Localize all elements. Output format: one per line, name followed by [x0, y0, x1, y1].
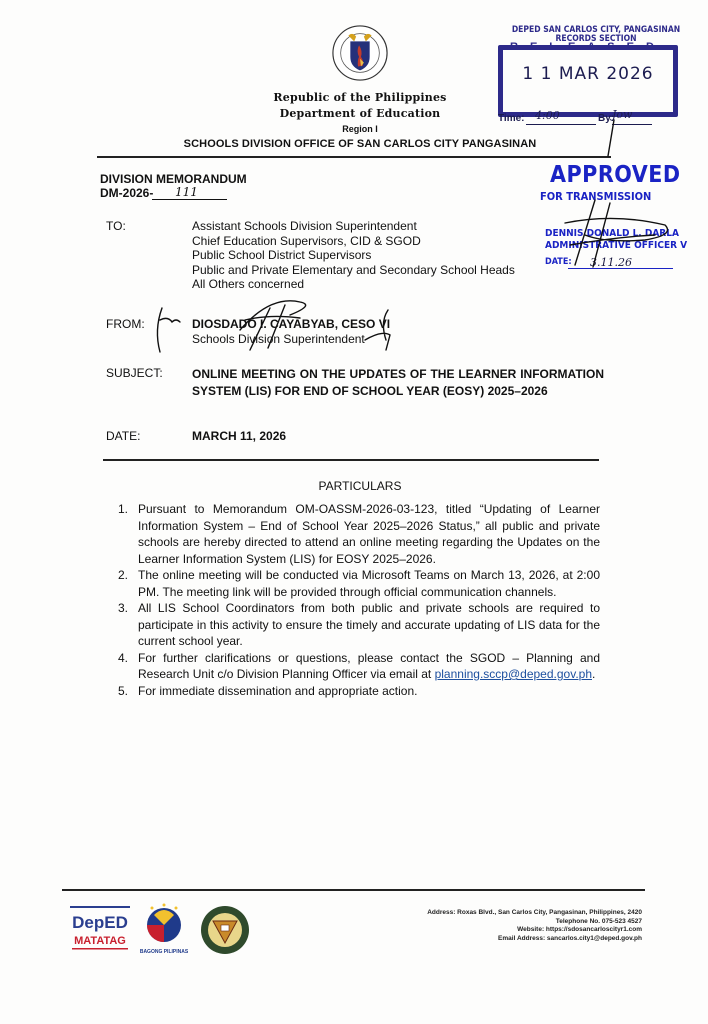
list-item: 2.The online meeting will be conducted v… — [118, 567, 600, 600]
header-divider — [97, 156, 611, 158]
memo-number-line — [152, 199, 227, 200]
item-number: 3. — [118, 600, 128, 617]
item-text: Pursuant to Memorandum OM-OASSM-2026-03-… — [138, 502, 600, 566]
division-seal-logo — [200, 905, 250, 955]
item-number: 5. — [118, 683, 128, 700]
item-number: 1. — [118, 501, 128, 518]
memo-type: DIVISION MEMORANDUM — [100, 172, 247, 186]
republic-heading: Republic of the Philippines — [260, 91, 460, 104]
body-divider — [103, 459, 599, 461]
recipient: Chief Education Supervisors, CID & SGOD — [192, 234, 515, 249]
date-label: DATE: — [106, 429, 140, 443]
to-label: TO: — [106, 219, 126, 233]
deped-seal-logo — [331, 24, 389, 82]
approved-stamp-title: APPROVED — [550, 162, 681, 188]
recipient: All Others concerned — [192, 277, 515, 292]
region-heading: Region I — [260, 124, 460, 134]
svg-text:MATATAG: MATATAG — [74, 935, 126, 947]
list-item: 1.Pursuant to Memorandum OM-OASSM-2026-0… — [118, 501, 600, 567]
memo-number-value: 111 — [175, 185, 198, 199]
svg-text:DepED: DepED — [72, 913, 128, 932]
footer-address: Address: Roxas Blvd., San Carlos City, P… — [360, 909, 642, 918]
approver-signature-icon — [555, 195, 680, 275]
date-value: MARCH 11, 2026 — [192, 429, 286, 444]
recipient: Public School District Supervisors — [192, 248, 515, 263]
subject-text: ONLINE MEETING ON THE UPDATES OF THE LEA… — [192, 366, 604, 399]
footer-email[interactable]: Email Address: sancarlos.city1@deped.gov… — [360, 935, 642, 944]
released-label: RELEASED — [510, 41, 660, 53]
stamp-time-label: Time: — [498, 113, 525, 124]
planning-email-link[interactable]: planning.sccp@deped.gov.ph — [435, 667, 592, 681]
department-heading: Department of Education — [260, 107, 460, 120]
svg-text:BAGONG PILIPINAS: BAGONG PILIPINAS — [140, 949, 188, 955]
item-text: The online meeting will be conducted via… — [138, 568, 600, 599]
list-item: 3.All LIS School Coordinators from both … — [118, 600, 600, 650]
released-date: 1 1 MAR 2026 — [503, 64, 673, 84]
item-suffix: . — [592, 667, 595, 681]
item-text: All LIS School Coordinators from both pu… — [138, 601, 600, 648]
item-number: 2. — [118, 567, 128, 584]
from-label: FROM: — [106, 317, 145, 331]
subject-label: SUBJECT: — [106, 366, 163, 380]
superintendent-signature-icon — [150, 300, 400, 360]
item-text: For immediate dissemination and appropri… — [138, 684, 417, 698]
recipient: Assistant Schools Division Superintenden… — [192, 219, 515, 234]
office-heading: SCHOOLS DIVISION OFFICE OF SAN CARLOS CI… — [110, 138, 610, 150]
footer-website[interactable]: Website: https://sdosancarloscityr1.com — [360, 926, 642, 935]
particulars-title: PARTICULARS — [100, 479, 620, 493]
particulars-list: 1.Pursuant to Memorandum OM-OASSM-2026-0… — [118, 501, 600, 699]
stamp-pen-stroke-icon — [600, 118, 620, 158]
stamp-time-line — [526, 124, 596, 125]
footer-divider — [62, 889, 645, 891]
footer-telephone: Telephone No. 075-523 4527 — [360, 918, 642, 927]
to-recipients: Assistant Schools Division Superintenden… — [192, 219, 515, 292]
bagong-pilipinas-logo: BAGONG PILIPINAS — [140, 903, 188, 957]
item-number: 4. — [118, 650, 128, 667]
deped-matatag-logo: DepED MATATAG — [68, 904, 132, 954]
memo-number-prefix: DM-2026- — [100, 186, 153, 200]
stamp-time-value: 4:00 — [535, 109, 560, 122]
footer-contact-info: Address: Roxas Blvd., San Carlos City, P… — [360, 909, 642, 943]
recipient: Public and Private Elementary and Second… — [192, 263, 515, 278]
list-item: 4.For further clarifications or question… — [118, 650, 600, 683]
list-item: 5.For immediate dissemination and approp… — [118, 683, 600, 700]
